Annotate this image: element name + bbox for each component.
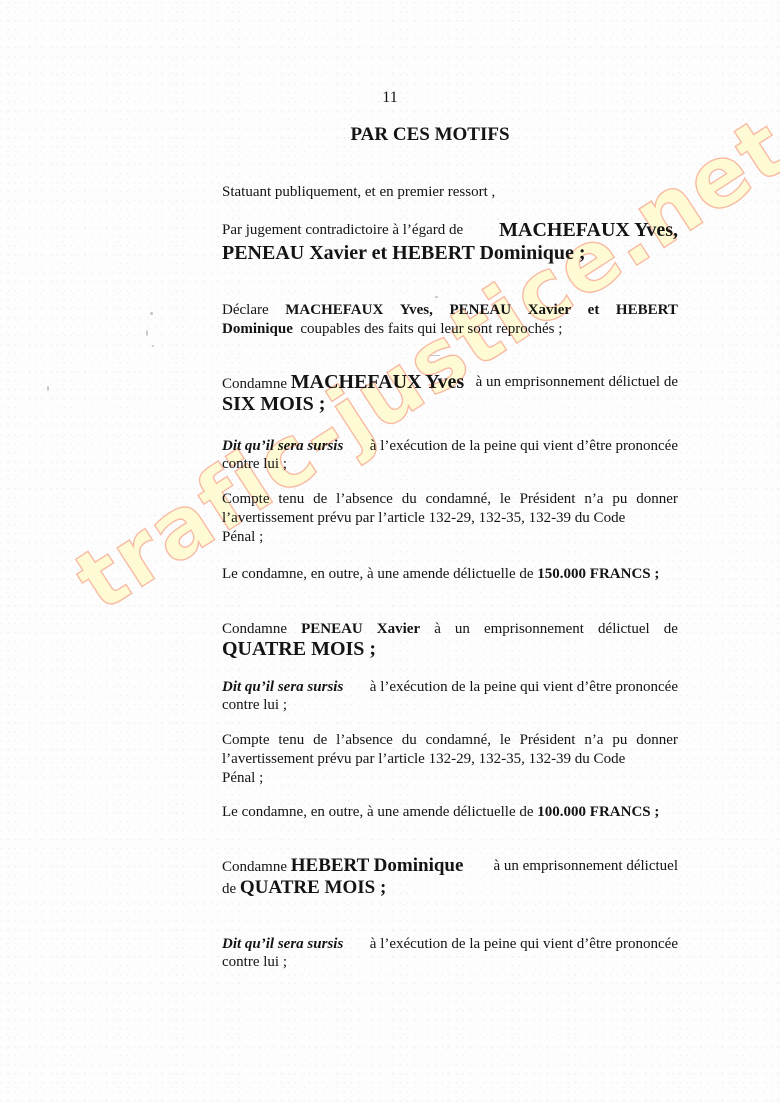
sentence-1-compte-line-3: Pénal ; <box>222 528 678 546</box>
statuant-text: Statuant publiquement, et en premier res… <box>222 184 495 200</box>
sentence-2-condamne: Condamne PENEAU Xavier à un emprisonneme… <box>222 620 678 638</box>
word: n’a <box>584 731 603 749</box>
sentence-duration: QUATRE MOIS ; <box>240 877 386 898</box>
declaration-name: PENEAU <box>449 301 511 319</box>
sentence-3-sursis-line-2: contre lui ; <box>222 953 678 971</box>
sentence-2-compte-line-1: Compte tenu de l’absence du condamné, le… <box>222 731 678 749</box>
document-body: 11 PAR CES MOTIFS Statuant publiquement,… <box>0 0 780 1103</box>
sentence-3-sursis: Dit qu’il sera sursis à l’exécution de l… <box>222 935 678 953</box>
sentence-2-amende: Le condamne, en outre, à une amende déli… <box>222 803 678 821</box>
word: l’absence <box>336 731 393 749</box>
de-word: de <box>222 881 236 897</box>
convicted-name: PENEAU <box>301 620 363 638</box>
compte-line-2: l’avertissement prévu par l’article 132-… <box>222 510 625 526</box>
page-heading: PAR CES MOTIFS <box>0 124 780 146</box>
sentence-2-duree: QUATRE MOIS ; <box>222 640 678 660</box>
sursis-bold: Dit qu’il sera sursis <box>222 936 343 952</box>
jugement-names-1: MACHEFAUX Yves, <box>499 221 678 239</box>
word: le <box>500 490 511 508</box>
page-number: 11 <box>0 89 780 107</box>
word: tenu <box>278 731 304 749</box>
declaration-line-2: Dominique coupables des faits qui leur s… <box>222 320 678 338</box>
jugement-names-2: PENEAU Xavier et HEBERT Dominique ; <box>222 242 586 264</box>
word: l’absence <box>336 490 393 508</box>
emprisonnement-text: à un emprisonnement délictuel de <box>476 373 678 391</box>
sursis-rest: à l’exécution de la peine qui vient d’êt… <box>370 935 678 953</box>
convicted-name: HEBERT Dominique <box>291 855 464 876</box>
word: de <box>313 731 327 749</box>
sentence-duration: SIX MOIS ; <box>222 393 325 415</box>
declaration-name: et <box>588 301 600 319</box>
document-page: trafic-justice.net 11 PAR CES MOTIFS Sta… <box>0 0 780 1103</box>
sentence-duration: QUATRE MOIS ; <box>222 638 376 660</box>
sentence-1-sursis-line-2: contre lui ; <box>222 455 678 473</box>
amende-value: 150.000 FRANCS ; <box>537 566 659 582</box>
word: donner <box>636 731 678 749</box>
word: à <box>434 620 441 638</box>
sursis-line-2: contre lui ; <box>222 954 287 970</box>
compte-line-3: Pénal ; <box>222 529 263 545</box>
sursis-rest: à l’exécution de la peine qui vient d’êt… <box>370 678 678 696</box>
sentence-2-sursis: Dit qu’il sera sursis à l’exécution de l… <box>222 678 678 696</box>
convicted-firstname: Xavier <box>377 620 420 638</box>
word: de <box>664 620 678 638</box>
convicted-firstname: Yves <box>425 371 464 393</box>
word: du <box>402 731 417 749</box>
word: pu <box>612 731 627 749</box>
sentence-1-compte-line-2: l’avertissement prévu par l’article 132-… <box>222 509 678 527</box>
sentence-1-duree: SIX MOIS ; <box>222 395 678 415</box>
sentence-2-compte-line-3: Pénal ; <box>222 769 678 787</box>
word: condamné, <box>426 490 491 508</box>
sentence-3-condamne: Condamne HEBERT Dominique à un emprisonn… <box>222 857 678 876</box>
jugement-line-1: Par jugement contradictoire à l’égard de… <box>222 221 678 239</box>
word: de <box>313 490 327 508</box>
declaration-name: HEBERT <box>616 301 678 319</box>
compte-line-3: Pénal ; <box>222 770 263 786</box>
word: Compte <box>222 731 270 749</box>
sentence-2-compte-line-2: l’avertissement prévu par l’article 132-… <box>222 750 678 768</box>
statuant-paragraph: Statuant publiquement, et en premier res… <box>222 183 678 201</box>
word: Président <box>520 731 576 749</box>
declaration-prefix: Déclare <box>222 301 269 319</box>
declaration-line-1: Déclare MACHEFAUX Yves, PENEAU Xavier et… <box>222 301 678 319</box>
jugement-prefix: Par jugement contradictoire à l’égard de <box>222 222 463 238</box>
jugement-line-2: PENEAU Xavier et HEBERT Dominique ; <box>222 244 678 264</box>
amende-value: 100.000 FRANCS ; <box>537 804 659 820</box>
sursis-line-2: contre lui ; <box>222 456 287 472</box>
condamne-word: Condamne <box>222 620 287 638</box>
sursis-line-2: contre lui ; <box>222 697 287 713</box>
sentence-3-duree: de QUATRE MOIS ; <box>222 879 678 898</box>
sursis-rest: à l’exécution de la peine qui vient d’êt… <box>370 437 678 455</box>
word: tenu <box>278 490 304 508</box>
declaration-name: MACHEFAUX <box>285 301 383 319</box>
word: un <box>455 620 470 638</box>
sentence-1-amende: Le condamne, en outre, à une amende déli… <box>222 565 678 583</box>
word: emprisonnement <box>484 620 584 638</box>
sursis-bold: Dit qu’il sera sursis <box>222 438 343 454</box>
word: Compte <box>222 490 270 508</box>
word: donner <box>636 490 678 508</box>
word: le <box>500 731 511 749</box>
word: pu <box>612 490 627 508</box>
word: n’a <box>584 490 603 508</box>
sentence-1-compte-line-1: Compte tenu de l’absence du condamné, le… <box>222 490 678 508</box>
compte-line-2: l’avertissement prévu par l’article 132-… <box>222 751 625 767</box>
word: condamné, <box>426 731 491 749</box>
sentence-1-sursis: Dit qu’il sera sursis à l’exécution de l… <box>222 437 678 455</box>
word: Président <box>520 490 576 508</box>
declaration-name: Yves, <box>400 301 433 319</box>
word: délictuel <box>598 620 650 638</box>
declaration-name: Xavier <box>528 301 571 319</box>
sentence-1-condamne: Condamne MACHEFAUX Yves à un emprisonnem… <box>222 373 678 393</box>
emprisonnement-text: à un emprisonnement délictuel <box>493 857 678 875</box>
amende-prefix: Le condamne, en outre, à une amende déli… <box>222 804 534 820</box>
sursis-bold: Dit qu’il sera sursis <box>222 679 343 695</box>
condamne-word: Condamne <box>222 859 287 875</box>
word: du <box>402 490 417 508</box>
amende-prefix: Le condamne, en outre, à une amende déli… <box>222 566 534 582</box>
declaration-name: Dominique <box>222 321 293 337</box>
condamne-word: Condamne <box>222 376 287 392</box>
convicted-name: MACHEFAUX <box>291 371 422 393</box>
declaration-suffix: coupables des faits qui leur sont reproc… <box>300 321 562 337</box>
sentence-2-sursis-line-2: contre lui ; <box>222 696 678 714</box>
